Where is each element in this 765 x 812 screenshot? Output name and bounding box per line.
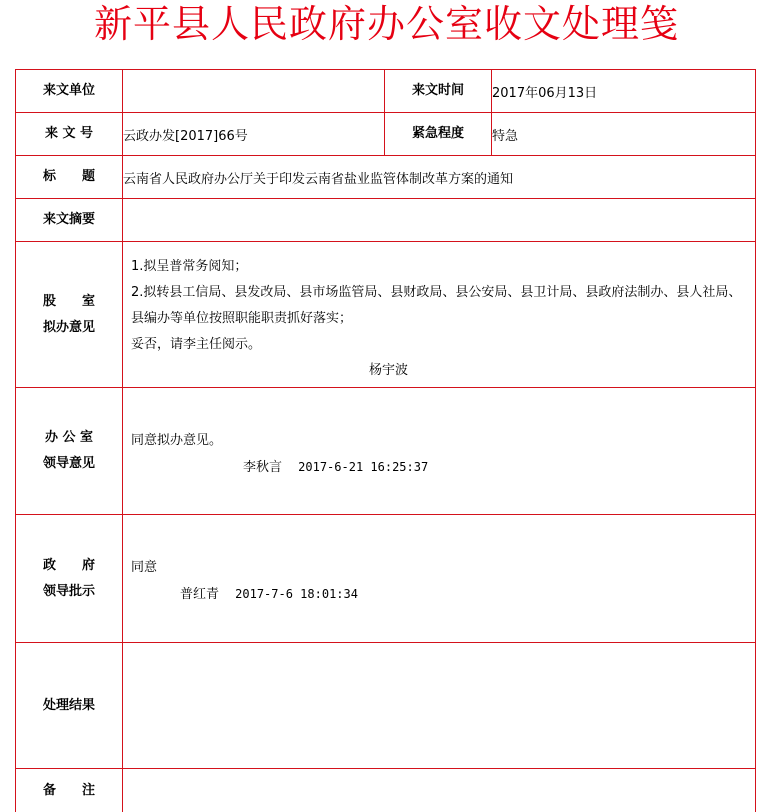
label-result: 处理结果	[16, 643, 123, 769]
label-line-2: 拟办意见	[16, 315, 122, 341]
value-sender	[123, 70, 385, 113]
value-remarks	[123, 769, 756, 812]
row-doc-number: 来 文 号 云政办发[2017]66号 紧急程度 特急	[16, 113, 756, 156]
office-opinion-datetime: 2017-6-21 16:25:37	[298, 460, 428, 474]
opinion-line-1: 1.拟呈普常务阅知；	[131, 254, 747, 280]
label-gov-leader-instruction: 政 府 领导批示	[16, 515, 123, 643]
row-office-leader-opinion: 办 公 室 领导意见 同意拟办意见。 李秋言 2017-6-21 16:25:3…	[16, 388, 756, 515]
label-line-1: 政 府	[16, 553, 122, 579]
value-result	[123, 643, 756, 769]
row-gov-leader-instruction: 政 府 领导批示 同意 普红青 2017-7-6 18:01:34	[16, 515, 756, 643]
row-subject: 标 题 云南省人民政府办公厅关于印发云南省盐业监管体制改革方案的通知	[16, 156, 756, 199]
row-result: 处理结果	[16, 643, 756, 769]
row-sender: 来文单位 来文时间 2017年06月13日	[16, 70, 756, 113]
gov-instruction-signer: 普红青	[180, 587, 219, 602]
label-line-2: 领导批示	[16, 579, 122, 605]
office-opinion-text: 同意拟办意见。	[131, 428, 747, 454]
value-summary	[123, 199, 756, 242]
gov-instruction-signature: 普红青 2017-7-6 18:01:34	[131, 581, 747, 608]
label-sender: 来文单位	[16, 70, 123, 113]
label-subject: 标 题	[16, 156, 123, 199]
label-remarks: 备 注	[16, 769, 123, 812]
value-urgency: 特急	[492, 113, 756, 156]
label-urgency: 紧急程度	[385, 113, 492, 156]
gov-instruction-text: 同意	[131, 555, 747, 581]
opinion-signer: 杨宇波	[131, 358, 747, 384]
label-office-leader-opinion: 办 公 室 领导意见	[16, 388, 123, 515]
label-line-1: 办 公 室	[16, 425, 122, 451]
label-received-time: 来文时间	[385, 70, 492, 113]
value-section-opinion: 1.拟呈普常务阅知； 2.拟转县工信局、县发改局、县市场监管局、县财政局、县公安…	[123, 242, 756, 388]
value-subject: 云南省人民政府办公厅关于印发云南省盐业监管体制改革方案的通知	[123, 156, 756, 199]
opinion-line-2: 2.拟转县工信局、县发改局、县市场监管局、县财政局、县公安局、县卫计局、县政府法…	[131, 280, 747, 332]
office-opinion-signer: 李秋言	[243, 460, 282, 475]
label-doc-number: 来 文 号	[16, 113, 123, 156]
label-summary: 来文摘要	[16, 199, 123, 242]
label-line-1: 股 室	[16, 289, 122, 315]
label-section-opinion: 股 室 拟办意见	[16, 242, 123, 388]
value-office-leader-opinion: 同意拟办意见。 李秋言 2017-6-21 16:25:37	[123, 388, 756, 515]
gov-instruction-datetime: 2017-7-6 18:01:34	[235, 587, 358, 601]
value-doc-number: 云政办发[2017]66号	[123, 113, 385, 156]
opinion-line-3: 妥否，请李主任阅示。	[131, 332, 747, 358]
value-gov-leader-instruction: 同意 普红青 2017-7-6 18:01:34	[123, 515, 756, 643]
value-received-time: 2017年06月13日	[492, 70, 756, 113]
processing-form-table: 来文单位 来文时间 2017年06月13日 来 文 号 云政办发[2017]66…	[15, 69, 756, 812]
document-title: 新平县人民政府办公室收文处理笺	[0, 2, 765, 46]
row-section-opinion: 股 室 拟办意见 1.拟呈普常务阅知； 2.拟转县工信局、县发改局、县市场监管局…	[16, 242, 756, 388]
office-opinion-signature: 李秋言 2017-6-21 16:25:37	[131, 454, 747, 481]
row-remarks: 备 注	[16, 769, 756, 812]
row-summary: 来文摘要	[16, 199, 756, 242]
label-line-2: 领导意见	[16, 451, 122, 477]
